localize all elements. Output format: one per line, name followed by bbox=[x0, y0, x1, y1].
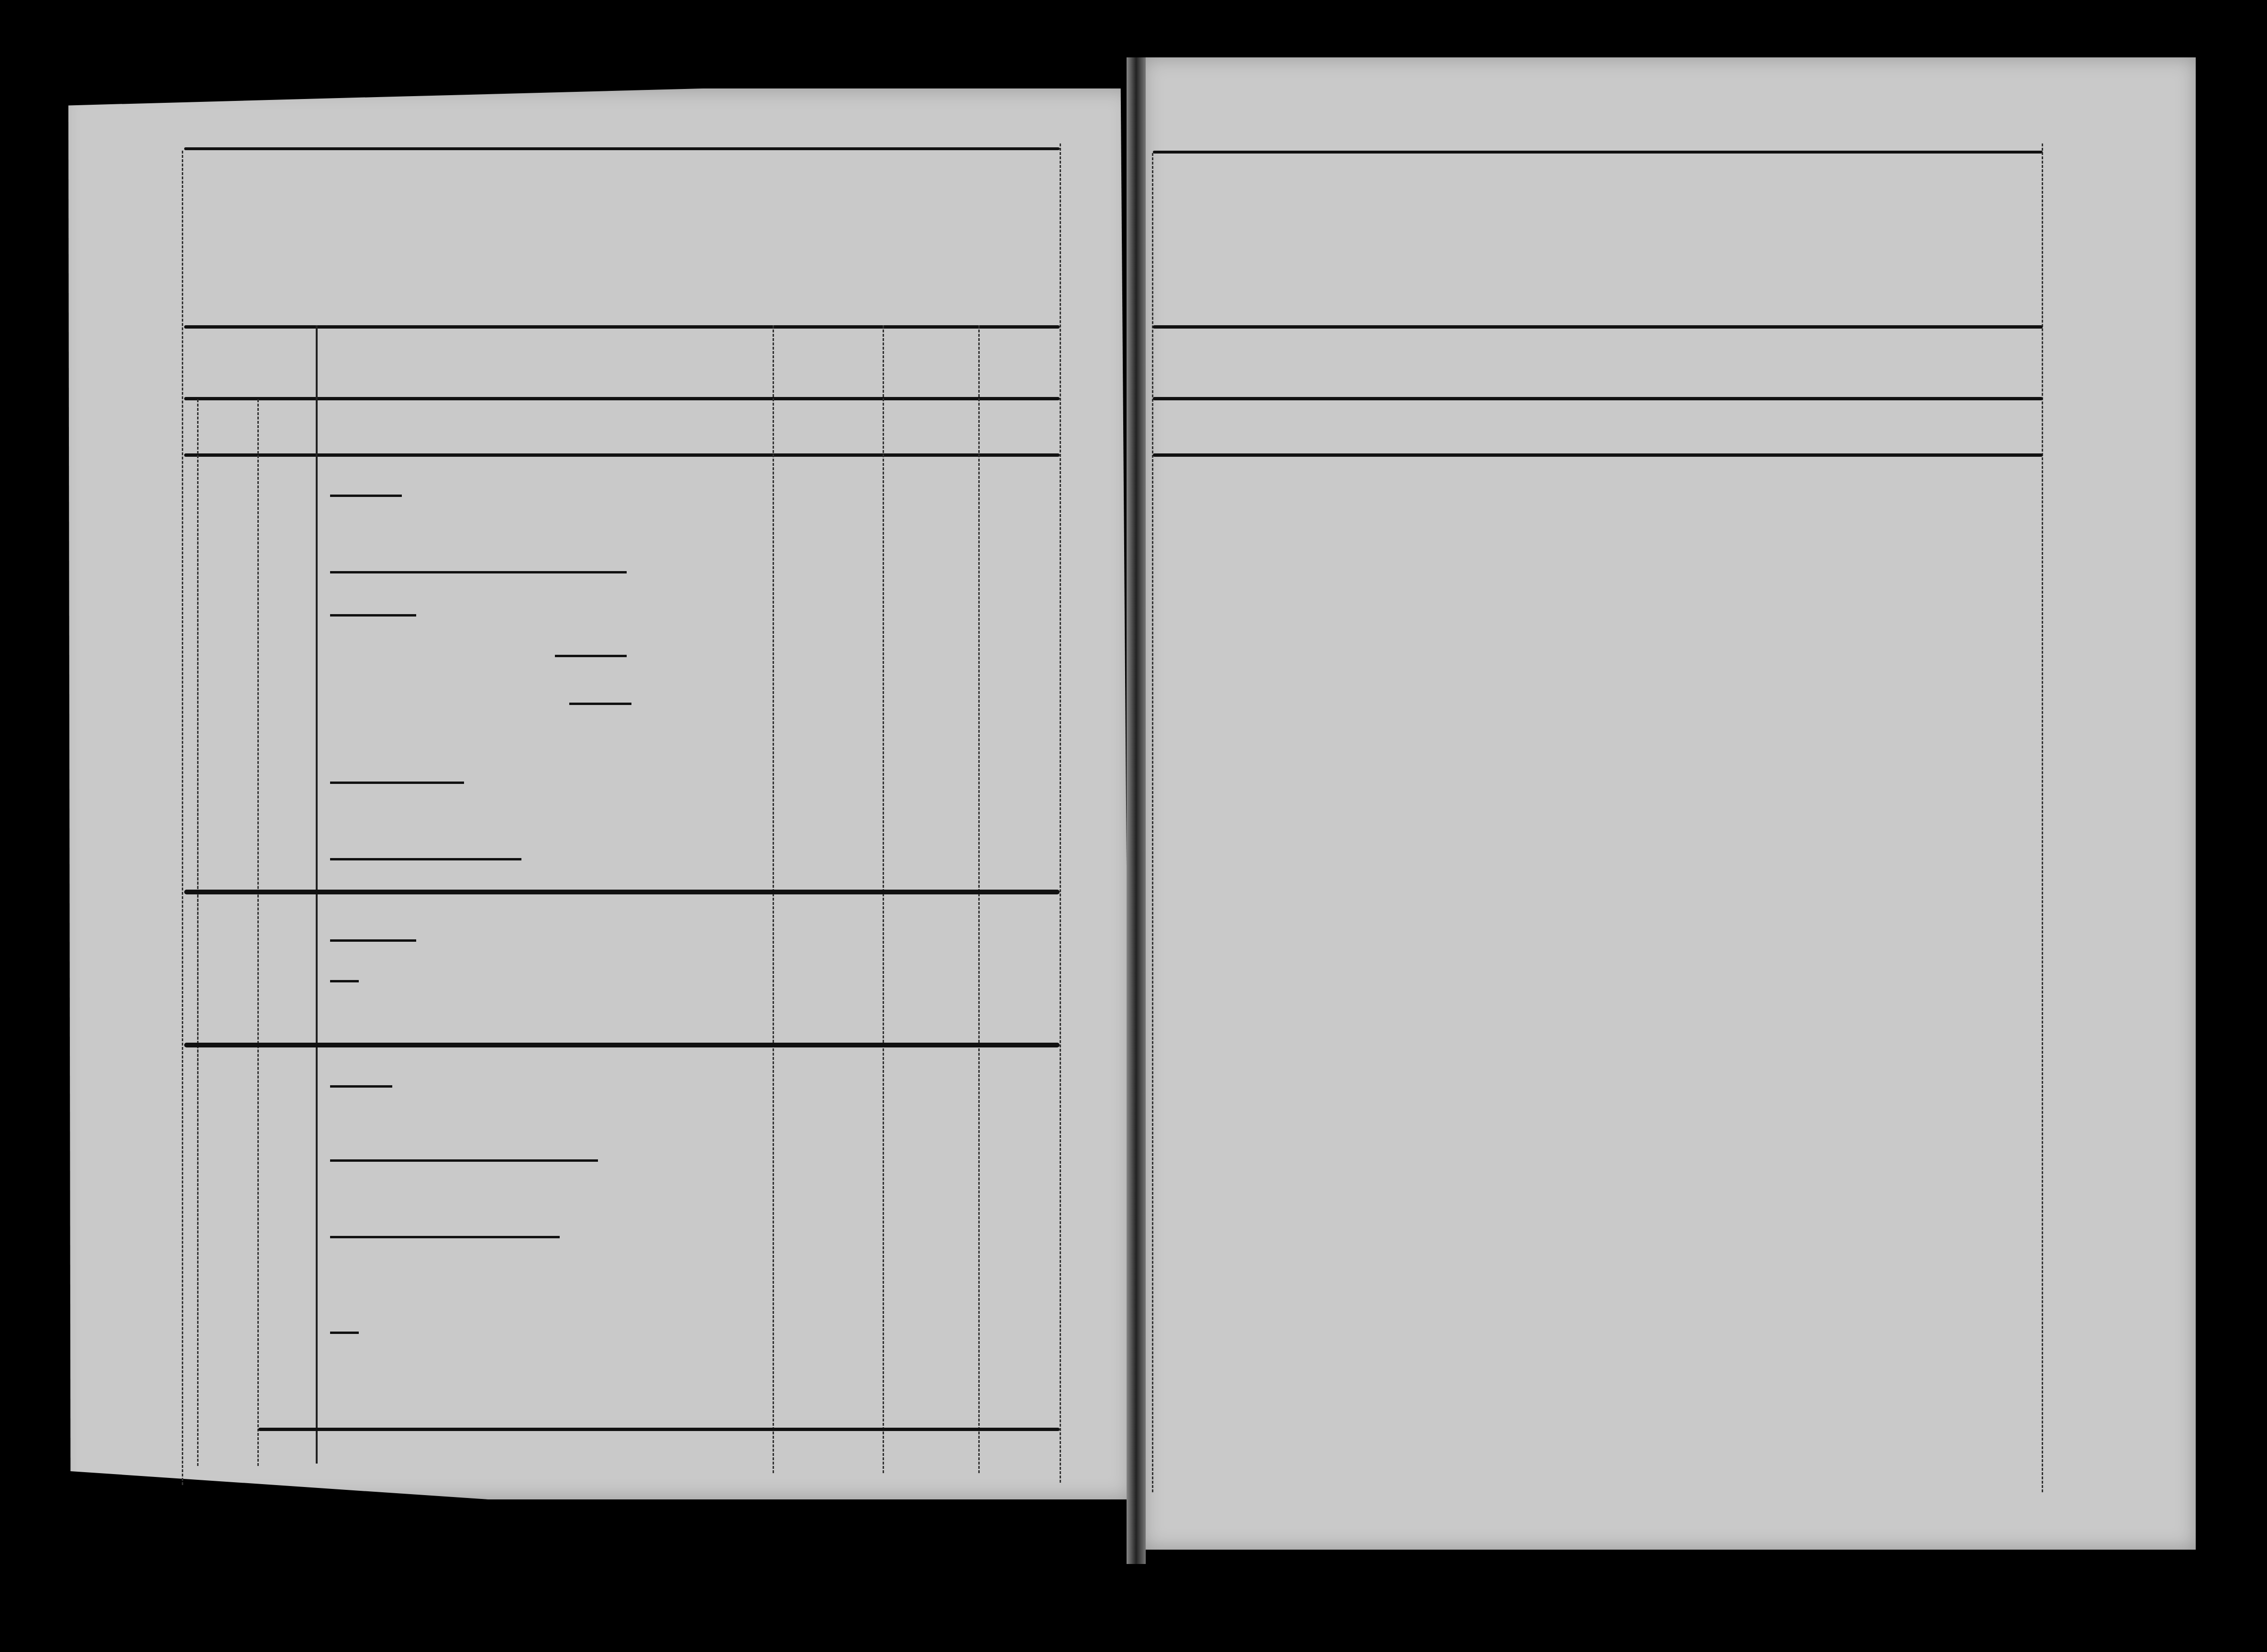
row-name bbox=[325, 768, 464, 793]
row-name bbox=[325, 844, 521, 870]
table-header-top-rule bbox=[1153, 325, 2043, 329]
total-rule bbox=[258, 1428, 1060, 1431]
row-name bbox=[325, 1071, 392, 1097]
row-name bbox=[325, 1318, 359, 1344]
row-name bbox=[325, 925, 416, 951]
top-rule bbox=[1153, 151, 2043, 154]
row-name bbox=[564, 689, 631, 715]
row-name bbox=[325, 481, 402, 507]
left-page-frame-left bbox=[182, 151, 183, 1485]
row-name bbox=[325, 557, 627, 583]
row-name bbox=[325, 1222, 560, 1248]
left-page bbox=[60, 88, 1131, 1499]
col-divider-present bbox=[978, 325, 980, 1473]
row-name bbox=[550, 641, 627, 667]
row-name bbox=[325, 966, 359, 992]
row-name bbox=[325, 1145, 598, 1171]
table-header-bottom-rule bbox=[1153, 453, 2043, 457]
row-name bbox=[325, 600, 416, 626]
right-page-frame-left bbox=[1152, 153, 1153, 1492]
top-rule bbox=[184, 147, 1060, 150]
col-divider-name bbox=[316, 325, 318, 1464]
table-header-mid-rule bbox=[1153, 397, 2043, 400]
left-page-frame-right bbox=[1060, 143, 1061, 1483]
right-page bbox=[1143, 57, 2196, 1550]
family-separator-20 bbox=[184, 1043, 1060, 1047]
family-separator-19 bbox=[184, 890, 1060, 894]
col-divider-a bbox=[197, 399, 199, 1466]
right-page-frame-right bbox=[2042, 143, 2043, 1492]
col-divider-no10 bbox=[257, 399, 259, 1466]
col-divider-years bbox=[773, 325, 774, 1473]
book-gutter bbox=[1127, 57, 1146, 1564]
col-divider-departed bbox=[883, 325, 884, 1473]
